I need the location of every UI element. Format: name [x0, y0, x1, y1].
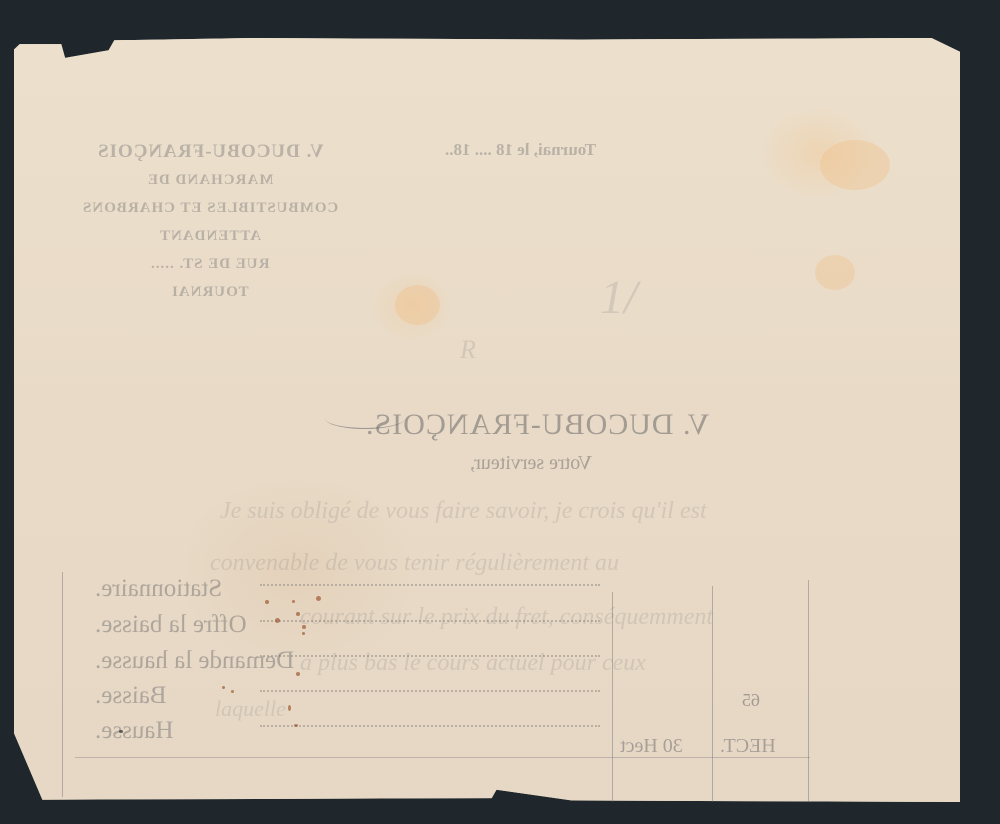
table-rule	[808, 580, 809, 802]
handwritten-line: Je suis obligé de vous faire savoir, je …	[220, 498, 707, 525]
rust-spot	[288, 705, 291, 711]
foxing-stain	[395, 285, 440, 325]
rust-spot	[316, 596, 321, 601]
column-header: HECT.	[720, 735, 776, 758]
rust-spot	[294, 724, 298, 727]
handwritten-initial: R	[460, 335, 476, 365]
signature-name: V. DUCOBU-FRANÇOIS.	[365, 408, 709, 442]
table-rule	[612, 592, 613, 802]
dotted-leader	[260, 620, 600, 622]
rust-spot	[292, 600, 295, 603]
rust-spot	[302, 625, 306, 629]
table-rule	[62, 572, 63, 797]
rust-spot	[275, 618, 280, 623]
rust-spot	[231, 690, 234, 693]
market-row-label: Stationnaire.	[95, 575, 222, 603]
foxing-stain	[815, 255, 855, 290]
letterhead-block: V. DUCOBU-FRANÇOIS MARCHAND DE COMBUSTIB…	[60, 138, 360, 306]
letterhead-line: TOURNAI	[171, 278, 249, 306]
ink-spot	[119, 730, 123, 733]
letterhead-line: MARCHAND DE	[147, 166, 273, 194]
handwritten-line: laquelle	[215, 696, 286, 722]
table-rule	[712, 586, 713, 802]
rust-spot	[222, 686, 225, 689]
rust-spot	[302, 632, 305, 635]
rust-spot	[265, 600, 269, 604]
column-value: 65	[742, 690, 760, 711]
market-row-label: Offre la baisse.	[95, 611, 247, 639]
dotted-leader	[260, 584, 600, 586]
dotted-leader	[260, 690, 600, 692]
rust-spot	[296, 672, 300, 676]
letterhead-line: V. DUCOBU-FRANÇOIS	[97, 138, 324, 166]
letterhead-line: ATTENDANT	[159, 222, 261, 250]
column-header: 30 Hect	[620, 735, 683, 758]
handwritten-mark: 1/	[600, 270, 637, 325]
handwritten-line: convenable de vous tenir régulièrement a…	[210, 550, 619, 577]
dateline: Tournai, le 18 .... 18..	[445, 140, 596, 160]
letterhead-line: RUE DE ST. .....	[150, 250, 270, 278]
market-row-label: Demande la hausse.	[95, 647, 294, 675]
letterhead-line: COMBUSTIBLES ET CHARBONS	[82, 194, 338, 222]
signature-sub: Votre serviteur,	[470, 452, 592, 475]
dotted-leader	[260, 725, 600, 727]
rust-spot	[296, 612, 300, 616]
market-row-label: Baisse.	[95, 682, 167, 710]
foxing-stain	[820, 140, 890, 190]
dotted-leader	[260, 655, 600, 657]
table-rule	[75, 757, 810, 758]
market-row-label: Hausse.	[95, 717, 173, 745]
handwritten-line: courant sur le prix du fret, conséquemme…	[300, 604, 713, 631]
